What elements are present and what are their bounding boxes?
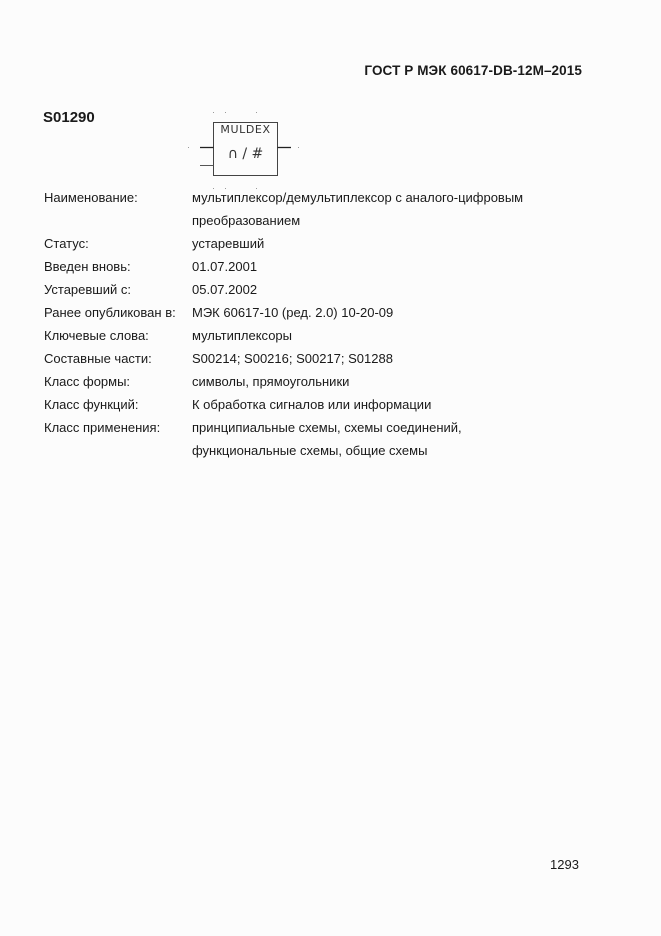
property-row-previously-published: Ранее опубликован в: МЭК 60617-10 (ред. …	[44, 301, 604, 324]
property-row-function-class: Класс функций: К обработка сигналов или …	[44, 393, 604, 416]
property-value: принципиальные схемы, схемы соединений, …	[192, 416, 604, 462]
property-row-status: Статус: устаревший	[44, 232, 604, 255]
property-label: Составные части:	[44, 347, 192, 370]
property-value: К обработка сигналов или информации	[192, 393, 604, 416]
property-value-line: 01.07.2001	[192, 255, 604, 278]
property-label: Ранее опубликован в:	[44, 301, 192, 324]
property-label: Статус:	[44, 232, 192, 255]
property-label: Наименование:	[44, 186, 192, 209]
property-value: символы, прямоугольники	[192, 370, 604, 393]
property-value-line: К обработка сигналов или информации	[192, 393, 604, 416]
document-header-standard: ГОСТ Р МЭК 60617-DB-12M–2015	[364, 63, 582, 78]
property-value-line: преобразованием	[192, 209, 604, 232]
property-label: Устаревший с:	[44, 278, 192, 301]
property-value-line: устаревший	[192, 232, 604, 255]
property-value-line: 05.07.2002	[192, 278, 604, 301]
property-row-name: Наименование: мультиплексор/демультиплек…	[44, 186, 604, 232]
property-value: устаревший	[192, 232, 604, 255]
muldex-symbol-graphic: MULDEX ∩ / #	[186, 110, 306, 190]
symbol-code: S01290	[43, 109, 95, 126]
property-row-introduced: Введен вновь: 01.07.2001	[44, 255, 604, 278]
property-value-line: мультиплексор/демультиплексор с аналого-…	[192, 186, 604, 209]
property-row-obsolete-since: Устаревший с: 05.07.2002	[44, 278, 604, 301]
property-value: 05.07.2002	[192, 278, 604, 301]
property-value-line: S00214; S00216; S00217; S01288	[192, 347, 604, 370]
page-number: 1293	[550, 857, 579, 872]
property-value-line: символы, прямоугольники	[192, 370, 604, 393]
property-label: Класс функций:	[44, 393, 192, 416]
property-value: мультиплексор/демультиплексор с аналого-…	[192, 186, 604, 232]
property-value-line: МЭК 60617-10 (ред. 2.0) 10-20-09	[192, 301, 604, 324]
property-value: S00214; S00216; S00217; S01288	[192, 347, 604, 370]
property-value-line: принципиальные схемы, схемы соединений,	[192, 416, 604, 439]
property-row-components: Составные части: S00214; S00216; S00217;…	[44, 347, 604, 370]
property-label: Класс формы:	[44, 370, 192, 393]
property-label: Введен вновь:	[44, 255, 192, 278]
property-value: 01.07.2001	[192, 255, 604, 278]
property-value-line: мультиплексоры	[192, 324, 604, 347]
property-row-shape-class: Класс формы: символы, прямоугольники	[44, 370, 604, 393]
property-value-line: функциональные схемы, общие схемы	[192, 439, 604, 462]
property-row-application-class: Класс применения: принципиальные схемы, …	[44, 416, 604, 462]
muldex-function-symbol: ∩ / #	[214, 146, 277, 162]
symbol-properties-list: Наименование: мультиплексор/демультиплек…	[44, 186, 604, 462]
property-row-keywords: Ключевые слова: мультиплексоры	[44, 324, 604, 347]
property-label: Класс применения:	[44, 416, 192, 439]
property-value: мультиплексоры	[192, 324, 604, 347]
property-label: Ключевые слова:	[44, 324, 192, 347]
muldex-box-title: MULDEX	[214, 123, 277, 136]
property-value: МЭК 60617-10 (ред. 2.0) 10-20-09	[192, 301, 604, 324]
